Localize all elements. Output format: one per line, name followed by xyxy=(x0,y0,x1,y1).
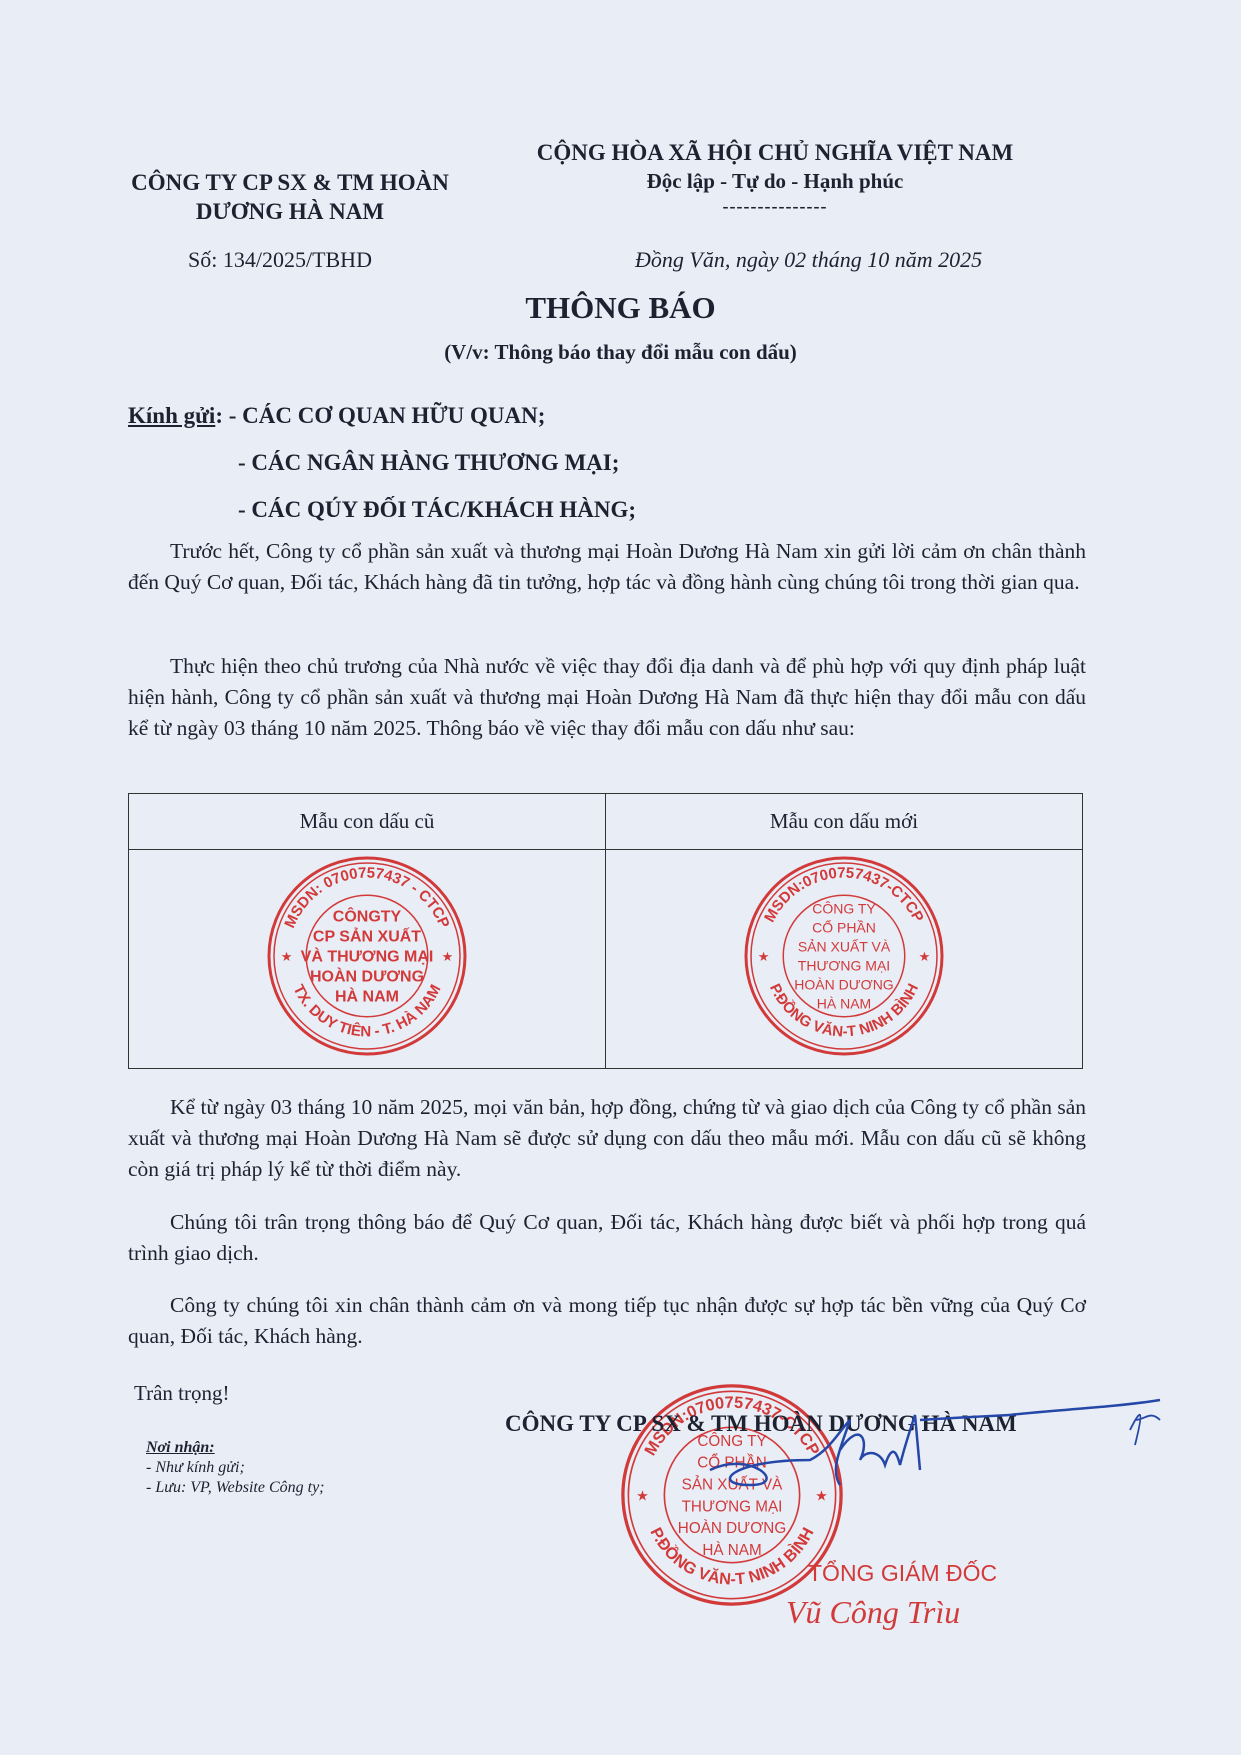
svg-text:★: ★ xyxy=(281,949,293,964)
document-subject: (V/v: Thông báo thay đổi mẫu con dấu) xyxy=(0,340,1241,365)
nation-title: CỘNG HÒA XÃ HỘI CHỦ NGHĨA VIỆT NAM xyxy=(495,138,1055,167)
national-motto: Độc lập - Tự do - Hạnh phúc xyxy=(495,167,1055,196)
svg-text:CÔNGTY: CÔNGTY xyxy=(333,907,402,926)
svg-text:CỔ PHẦN: CỔ PHẦN xyxy=(812,918,876,935)
recipients-block: Kính gửi: - CÁC CƠ QUAN HỮU QUAN; - CÁC … xyxy=(128,392,636,533)
paragraph-effective: Kể từ ngày 03 tháng 10 năm 2025, mọi văn… xyxy=(128,1092,1086,1185)
old-stamp-icon: MSDN: 0700757437 - CTCPTX. DUY TIÊN - T.… xyxy=(257,851,477,1061)
paragraph-thanks: Công ty chúng tôi xin chân thành cảm ơn … xyxy=(128,1290,1086,1352)
stamp-comparison-table: Mẫu con dấu cũ Mẫu con dấu mới MSDN: 070… xyxy=(128,793,1083,1069)
place-date: Đồng Văn, ngày 02 tháng 10 năm 2025 xyxy=(635,247,982,273)
svg-text:VÀ THƯƠNG MẠI: VÀ THƯƠNG MẠI xyxy=(301,947,434,966)
recipients-footer-item: - Như kính gửi; xyxy=(146,1458,325,1478)
svg-text:HOÀN DƯƠNG: HOÀN DƯƠNG xyxy=(310,967,424,986)
svg-text:CÔNG TY: CÔNG TY xyxy=(812,900,876,916)
recipient-item: - CÁC QÚY ĐỐI TÁC/KHÁCH HÀNG; xyxy=(128,486,636,533)
header-divider: --------------- xyxy=(495,196,1055,216)
svg-text:★: ★ xyxy=(636,1488,649,1504)
svg-text:★: ★ xyxy=(758,949,770,964)
paragraph-intro: Trước hết, Công ty cổ phần sản xuất và t… xyxy=(128,536,1086,598)
recipient-item: - CÁC CƠ QUAN HỮU QUAN; xyxy=(229,403,546,428)
old-stamp-header: Mẫu con dấu cũ xyxy=(129,794,606,850)
company-line-1: CÔNG TY CP SX & TM HOÀN xyxy=(110,168,470,197)
svg-text:★: ★ xyxy=(919,949,931,964)
document-number: Số: 134/2025/TBHD xyxy=(188,247,372,273)
paragraph-change: Thực hiện theo chủ trương của Nhà nước v… xyxy=(128,651,1086,744)
company-name-header: CÔNG TY CP SX & TM HOÀN DƯƠNG HÀ NAM xyxy=(110,168,470,226)
old-stamp-cell: MSDN: 0700757437 - CTCPTX. DUY TIÊN - T.… xyxy=(129,850,606,1069)
new-stamp-icon: MSDN:0700757437-CTCPP.ĐỒNG VĂN-T NINH BÌ… xyxy=(734,851,954,1061)
signer-position: TỔNG GIÁM ĐỐC xyxy=(808,1560,997,1587)
recipients-label: Kính gửi xyxy=(128,403,215,428)
recipients-footer: Nơi nhận: - Như kính gửi; - Lưu: VP, Web… xyxy=(146,1438,325,1498)
closing-greeting: Trân trọng! xyxy=(134,1381,229,1406)
handwritten-signature-icon xyxy=(690,1390,1170,1510)
svg-text:CP SẢN XUẤT: CP SẢN XUẤT xyxy=(313,927,421,946)
national-header: CỘNG HÒA XÃ HỘI CHỦ NGHĨA VIỆT NAM Độc l… xyxy=(495,138,1055,216)
svg-text:HOÀN DƯƠNG: HOÀN DƯƠNG xyxy=(794,976,893,992)
recipients-footer-title: Nơi nhận: xyxy=(146,1438,325,1458)
svg-text:HÀ NAM: HÀ NAM xyxy=(335,987,399,1006)
svg-text:HÀ NAM: HÀ NAM xyxy=(817,995,871,1011)
new-stamp-header: Mẫu con dấu mới xyxy=(606,794,1083,850)
svg-text:★: ★ xyxy=(442,949,454,964)
new-stamp-cell: MSDN:0700757437-CTCPP.ĐỒNG VĂN-T NINH BÌ… xyxy=(606,850,1083,1069)
recipients-footer-item: - Lưu: VP, Website Công ty; xyxy=(146,1478,325,1498)
paragraph-notice: Chúng tôi trân trọng thông báo để Quý Cơ… xyxy=(128,1207,1086,1269)
svg-text:HÀ NAM: HÀ NAM xyxy=(702,1542,761,1559)
svg-text:HOÀN DƯƠNG: HOÀN DƯƠNG xyxy=(678,1520,786,1537)
svg-text:SẢN XUẤT VÀ: SẢN XUẤT VÀ xyxy=(798,938,891,954)
recipient-item: - CÁC NGÂN HÀNG THƯƠNG MẠI; xyxy=(128,439,636,486)
signer-name: Vũ Công Trìu xyxy=(786,1594,960,1631)
svg-text:THƯƠNG MẠI: THƯƠNG MẠI xyxy=(798,957,890,973)
company-line-2: DƯƠNG HÀ NAM xyxy=(110,197,470,226)
document-title: THÔNG BÁO xyxy=(0,290,1241,326)
